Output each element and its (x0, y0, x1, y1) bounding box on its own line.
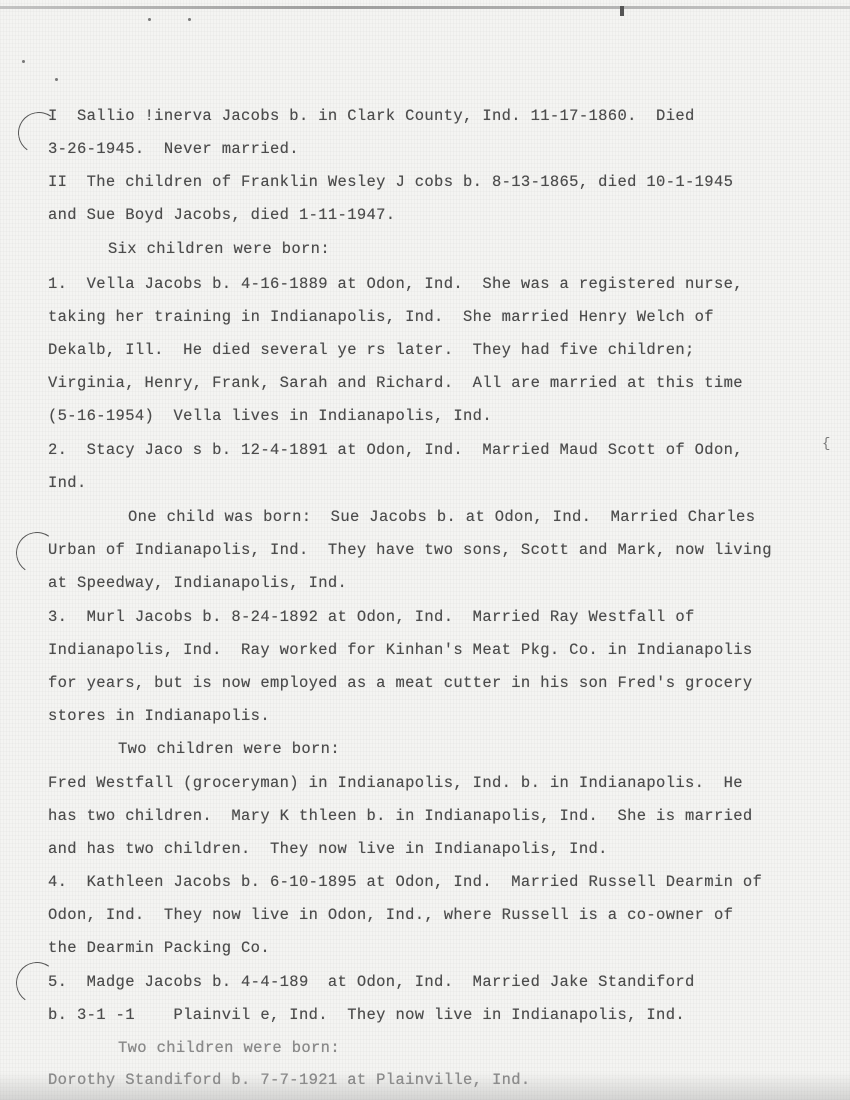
text-line: Dekalb, Ill. He died several ye rs later… (48, 341, 695, 359)
speck (148, 18, 151, 21)
text-line: the Dearmin Packing Co. (48, 939, 270, 957)
text-line: Two children were born: (118, 1039, 340, 1057)
speck (55, 78, 58, 81)
scanned-page: { I Sallio !inerva Jacobs b. in Clark Co… (0, 0, 850, 1100)
text-line: 3-26-1945. Never married. (48, 140, 299, 158)
margin-bracket-mark: { (822, 436, 830, 452)
page-top-edge (0, 6, 850, 9)
page-bottom-shadow (0, 1072, 850, 1100)
speck (188, 18, 191, 21)
text-line: 5. Madge Jacobs b. 4-4-189 at Odon, Ind.… (48, 973, 695, 991)
text-line: One child was born: Sue Jacobs b. at Odo… (128, 508, 755, 526)
text-line: 2. Stacy Jaco s b. 12-4-1891 at Odon, In… (48, 441, 743, 459)
text-line: Urban of Indianapolis, Ind. They have tw… (48, 541, 772, 559)
text-line: 3. Murl Jacobs b. 8-24-1892 at Odon, Ind… (48, 608, 695, 626)
text-line: Indianapolis, Ind. Ray worked for Kinhan… (48, 641, 753, 659)
speck (22, 60, 25, 63)
text-line: 4. Kathleen Jacobs b. 6-10-1895 at Odon,… (48, 873, 762, 891)
text-line: and has two children. They now live in I… (48, 840, 608, 858)
text-line: b. 3-1 -1 Plainvil e, Ind. They now live… (48, 1006, 685, 1024)
text-line: Virginia, Henry, Frank, Sarah and Richar… (48, 374, 743, 392)
text-line: stores in Indianapolis. (48, 707, 270, 725)
text-line: for years, but is now employed as a meat… (48, 674, 753, 692)
text-line: Fred Westfall (groceryman) in Indianapol… (48, 774, 743, 792)
text-line: at Speedway, Indianapolis, Ind. (48, 574, 347, 592)
text-line: I Sallio !inerva Jacobs b. in Clark Coun… (48, 107, 695, 125)
text-line: Two children were born: (118, 740, 340, 758)
text-line: Ind. (48, 474, 87, 492)
text-line: II The children of Franklin Wesley J cob… (48, 173, 733, 191)
text-line: 1. Vella Jacobs b. 4-16-1889 at Odon, In… (48, 275, 743, 293)
text-line: and Sue Boyd Jacobs, died 1-11-1947. (48, 206, 395, 224)
text-line: Odon, Ind. They now live in Odon, Ind., … (48, 906, 733, 924)
staple-mark (620, 6, 624, 16)
text-line: Six children were born: (108, 240, 330, 258)
text-line: has two children. Mary K thleen b. in In… (48, 807, 753, 825)
text-line: taking her training in Indianapolis, Ind… (48, 308, 714, 326)
text-line: (5-16-1954) Vella lives in Indianapolis,… (48, 407, 492, 425)
